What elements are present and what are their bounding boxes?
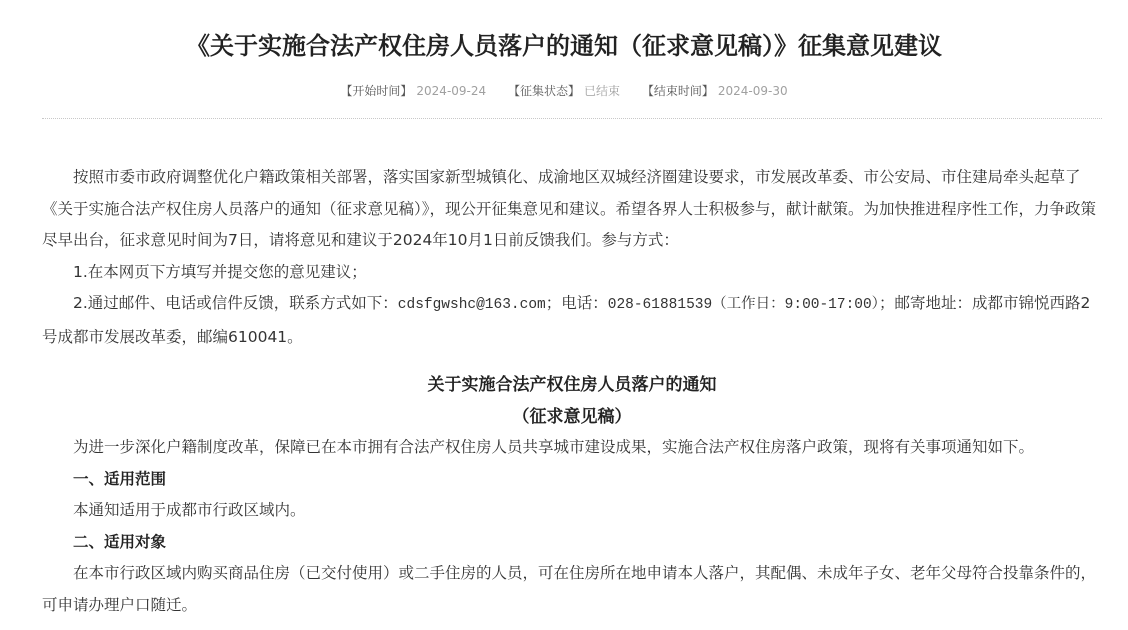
meta-value: 2024-09-30 [718, 84, 788, 98]
participation-item-2: 2.通过邮件、电话或信件反馈，联系方式如下：cdsfgwshc@163.com；… [42, 288, 1102, 353]
participation-item-1: 1.在本网页下方填写并提交您的意见建议； [42, 257, 1102, 289]
meta-bar: 【开始时间】2024-09-24 【征集状态】已结束 【结束时间】2024-09… [0, 82, 1128, 99]
page-title: 《关于实施合法产权住房人员落户的通知（征求意见稿）》征集意见建议 [0, 26, 1128, 61]
notice-subtitle: （征求意见稿） [42, 401, 1102, 433]
meta-end-time: 【结束时间】2024-09-30 [642, 82, 788, 99]
meta-label: 【征集状态】 [508, 84, 580, 98]
email-link[interactable]: cdsfgwshc@163.com [398, 297, 546, 313]
section-heading: 二、适用对象 [42, 527, 1102, 559]
section-text: 本通知适用于成都市行政区域内。 [42, 495, 1102, 527]
notice-title: 关于实施合法产权住房人员落户的通知 [42, 369, 1102, 401]
phone-number: 028-61881539（工作日：9:00-17:00） [608, 297, 879, 313]
notice-lead: 为进一步深化户籍制度改革，保障已在本市拥有合法产权住房人员共享城市建设成果，实施… [42, 432, 1102, 464]
article-body: 按照市委市政府调整优化户籍政策相关部署，落实国家新型城镇化、成渝地区双城经济圈建… [42, 162, 1102, 621]
intro-paragraph: 按照市委市政府调整优化户籍政策相关部署，落实国家新型城镇化、成渝地区双城经济圈建… [42, 162, 1102, 257]
meta-label: 【结束时间】 [642, 84, 714, 98]
section-heading: 一、适用范围 [42, 464, 1102, 496]
phone-label: ；电话： [546, 294, 608, 312]
meta-status: 【征集状态】已结束 [508, 82, 620, 99]
status-badge: 已结束 [584, 84, 620, 98]
item2-prefix: 2.通过邮件、电话或信件反馈，联系方式如下： [73, 294, 398, 312]
divider [42, 118, 1102, 119]
meta-label: 【开始时间】 [340, 84, 412, 98]
meta-start-time: 【开始时间】2024-09-24 [340, 82, 486, 99]
section-text: 在本市行政区域内购买商品住房（已交付使用）或二手住房的人员，可在住房所在地申请本… [42, 558, 1102, 621]
meta-value: 2024-09-24 [416, 84, 486, 98]
